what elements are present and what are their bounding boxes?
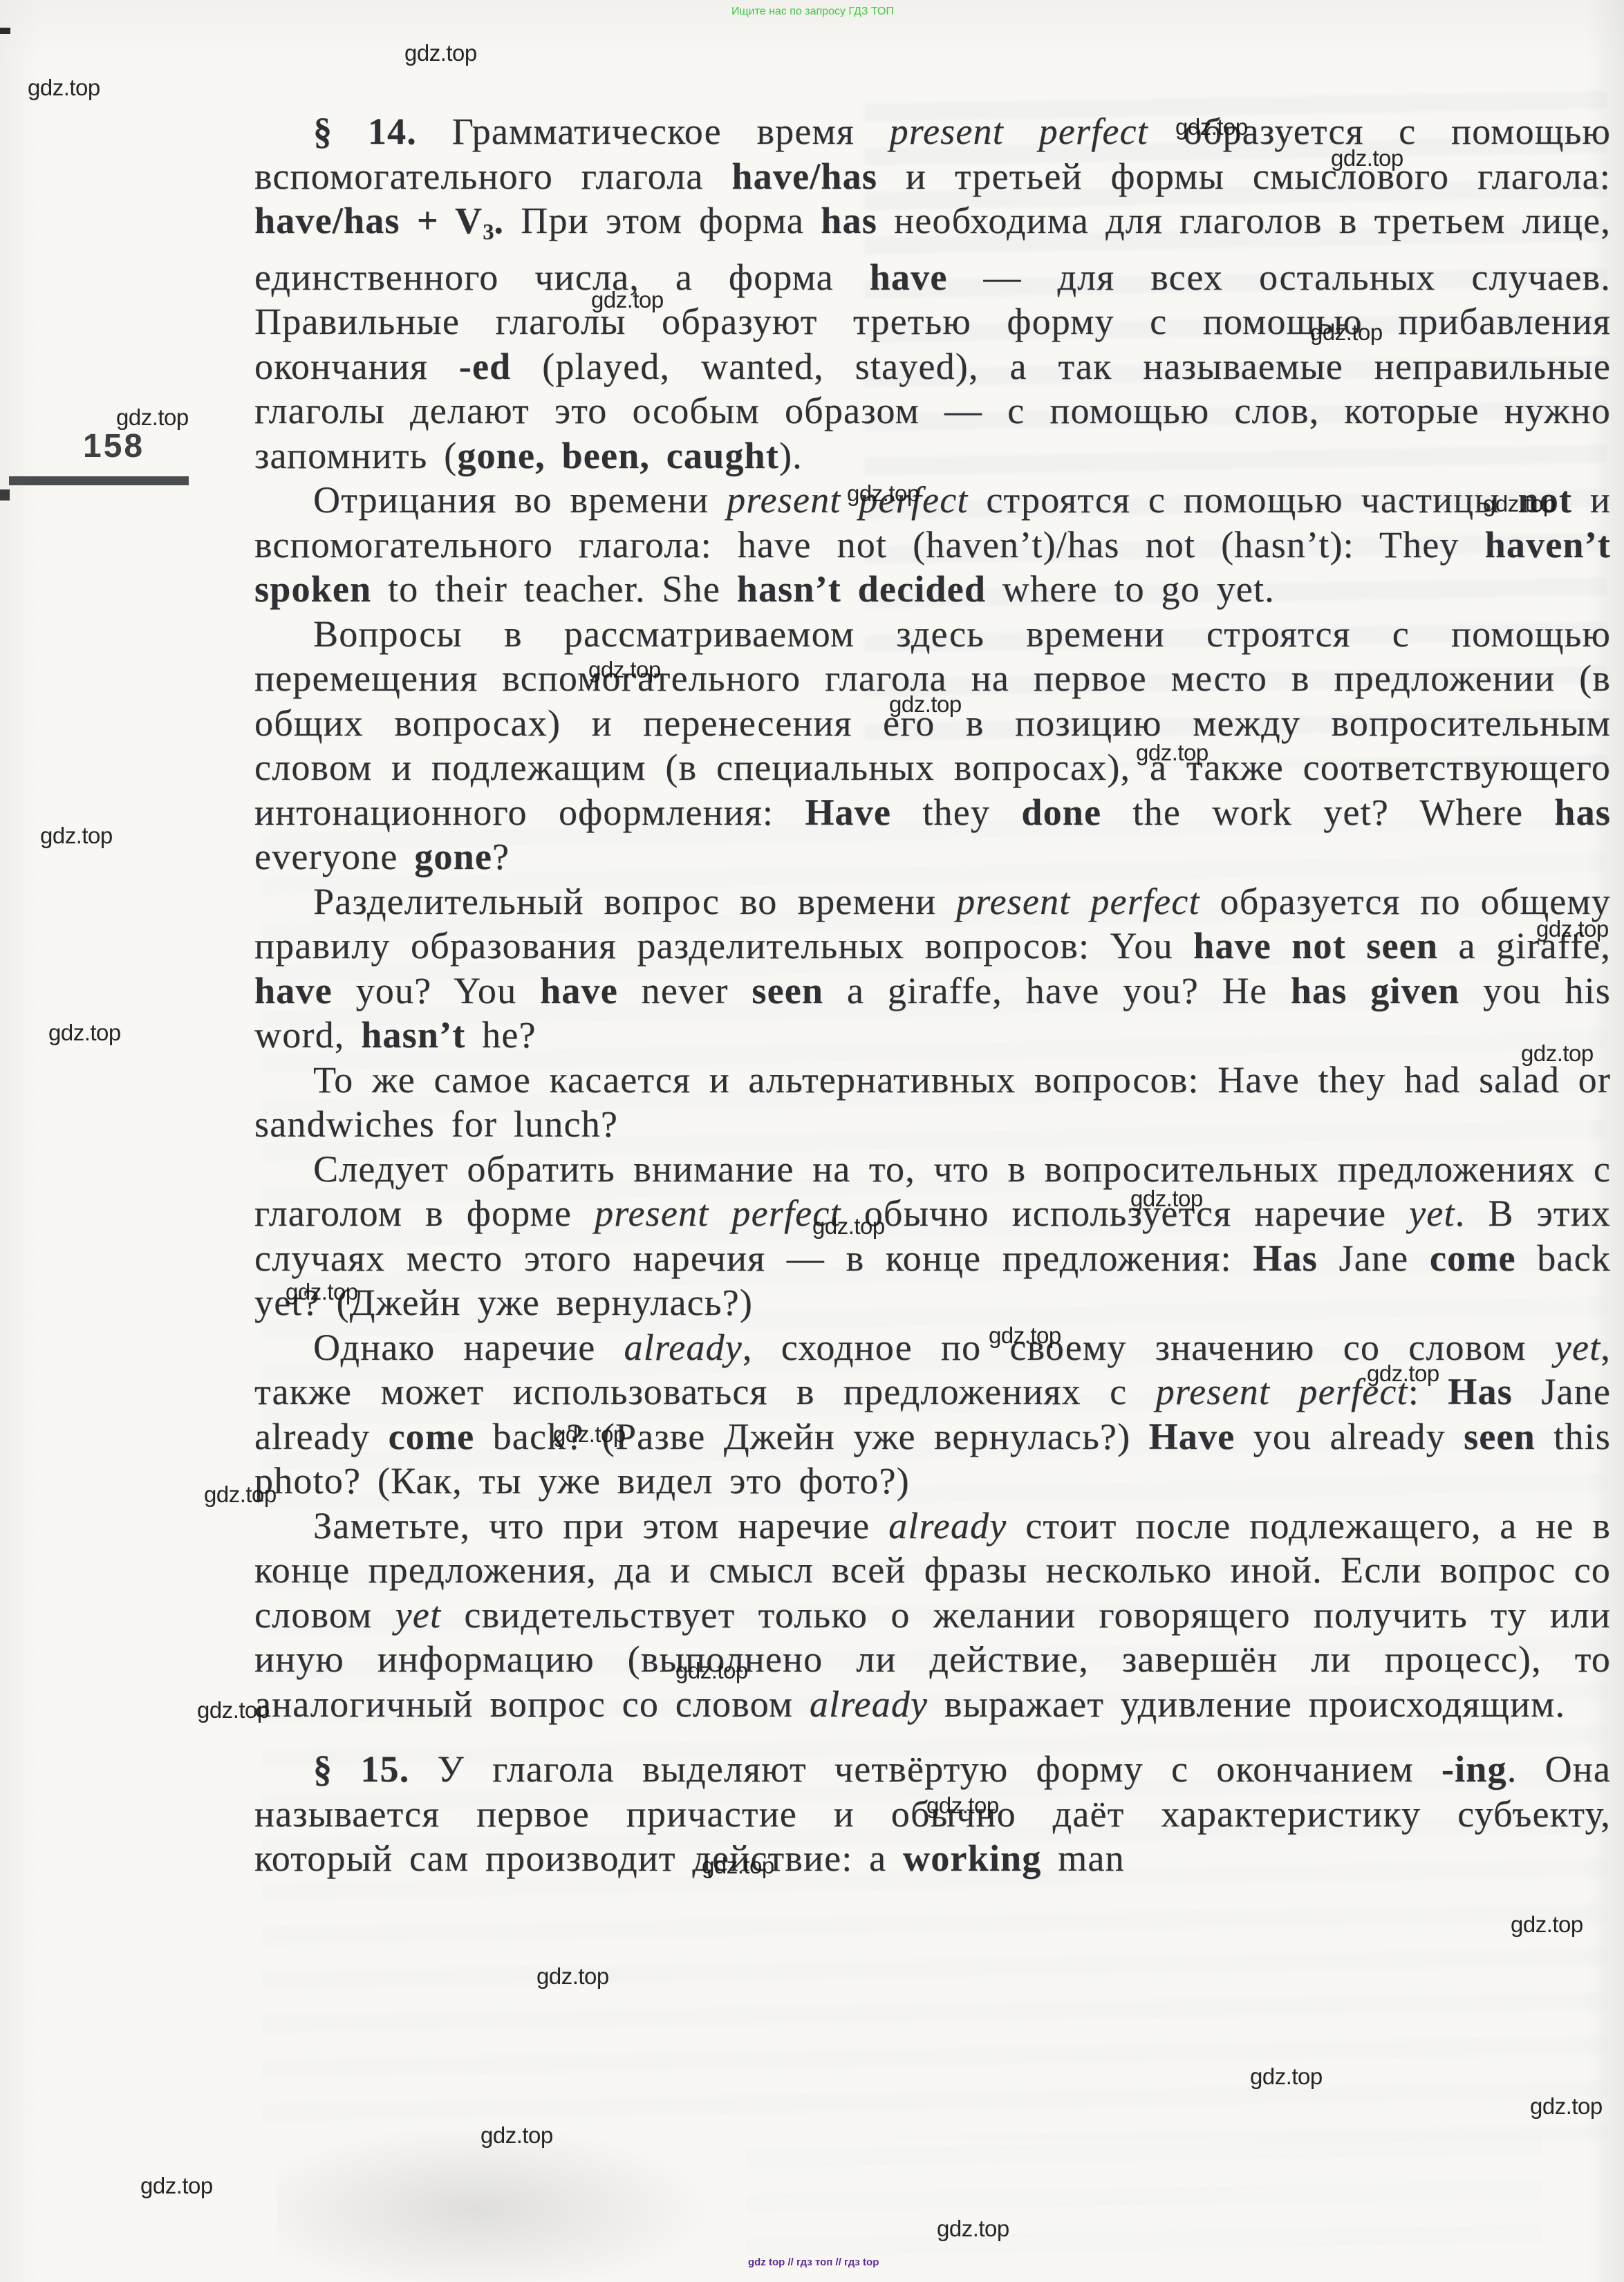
- text-run: have: [540, 970, 618, 1011]
- text-run: То же самое касается и альтернативных во…: [254, 1059, 1611, 1145]
- paragraph-14-formation: § 14. Грамматическое время present perfe…: [254, 109, 1611, 478]
- text-run: gone: [414, 836, 492, 877]
- text-run: -ed: [459, 346, 512, 387]
- text-run: Заметьте, что при этом наречие: [313, 1505, 888, 1546]
- text-run: При этом форма: [504, 200, 821, 241]
- text-run: seen: [752, 970, 823, 1011]
- text-run: gone, been, caught: [457, 435, 779, 476]
- text-run: ).: [779, 435, 803, 476]
- scanned-textbook-page: Ищите нас по запросу ГДЗ ТОП 158 § 14. Г…: [0, 0, 1624, 2282]
- text-run: man: [1041, 1837, 1124, 1879]
- gdz-watermark: gdz.top: [1511, 1911, 1583, 1938]
- text-run: , сходное по своему значению со словом: [743, 1327, 1555, 1368]
- text-run: Has: [1253, 1237, 1318, 1279]
- text-run: he?: [465, 1014, 536, 1056]
- paragraph-14-alternative: То же самое касается и альтернативных во…: [254, 1058, 1611, 1147]
- text-run: done: [1021, 792, 1101, 833]
- gdz-watermark: gdz.top: [40, 823, 113, 849]
- bleedthrough-texture: [747, 2136, 1542, 2261]
- text-run: present perfect: [890, 111, 1148, 152]
- text-run: already: [624, 1327, 743, 1368]
- text-run: Have: [805, 792, 891, 833]
- text-run: have: [254, 970, 333, 1011]
- page-number: 158: [83, 427, 144, 465]
- text-run: yet: [1409, 1193, 1455, 1234]
- gdz-watermark: gdz.top: [28, 75, 100, 101]
- paragraph-14-already-vs-yet: Заметьте, что при этом наречие already с…: [254, 1504, 1611, 1727]
- text-run: .: [494, 200, 504, 241]
- text-run: come: [1430, 1237, 1516, 1279]
- gdz-watermark: gdz.top: [48, 1020, 121, 1046]
- gdz-watermark: gdz.top: [536, 1963, 609, 1990]
- text-run: Jane: [1318, 1237, 1430, 1279]
- scan-shadow-blob: [277, 2122, 719, 2281]
- text-run: present perfect: [956, 881, 1200, 922]
- text-run: present perfect: [1156, 1371, 1408, 1412]
- paragraph-14-questions: Вопросы в рассматриваемом здесь времени …: [254, 612, 1611, 879]
- text-run: you? You: [333, 970, 540, 1011]
- text-run: a giraffe,: [1438, 925, 1611, 966]
- text-run: present perfect: [727, 479, 968, 521]
- gdz-watermark: gdz.top: [1530, 2093, 1603, 2120]
- page-number-underline: [9, 476, 189, 485]
- text-run: 3: [483, 220, 494, 245]
- text-run: -ing: [1441, 1748, 1507, 1790]
- text-run: come: [389, 1416, 475, 1457]
- text-run: выражает удивление происходящим.: [928, 1683, 1565, 1725]
- text-run: обычно используется наречие: [841, 1193, 1409, 1234]
- paragraph-15-ing-form: § 15. У глагола выделяют четвёртую форму…: [254, 1747, 1611, 1881]
- text-run: have not seen: [1193, 925, 1438, 966]
- text-run: seen: [1464, 1416, 1536, 1457]
- paragraph-14-already: Однако наречие already, сходное по своем…: [254, 1325, 1611, 1504]
- text-run: yet: [395, 1594, 442, 1636]
- text-run: to their teacher. She: [371, 568, 736, 610]
- text-run: и третьей формы смыслового глагола:: [877, 156, 1611, 197]
- text-run: Грамматическое время: [417, 111, 890, 152]
- text-run: ?: [492, 836, 510, 877]
- text-run: have/has + V: [254, 200, 483, 241]
- text-run: строятся с помощью частицы: [969, 479, 1518, 521]
- gdz-watermark: gdz.top: [1250, 2064, 1323, 2090]
- text-run: Отрицания во времени: [313, 479, 727, 521]
- text-run: everyone: [254, 836, 414, 877]
- page-edge-mark: [0, 489, 10, 501]
- promo-banner-top: Ищите нас по запросу ГДЗ ТОП: [731, 6, 911, 18]
- text-run: § 14.: [313, 111, 417, 152]
- text-run: У глагола выделяют четвёртую форму с око…: [409, 1748, 1441, 1790]
- text-run: a giraffe, have you? He: [823, 970, 1291, 1011]
- text-run: already: [888, 1505, 1007, 1546]
- text-run: back? (Разве Джейн уже вернулась?): [474, 1416, 1148, 1457]
- text-run: has: [1554, 792, 1611, 833]
- text-run: you already: [1235, 1416, 1464, 1457]
- text-run: present perfect: [595, 1193, 841, 1234]
- text-run: they: [891, 792, 1021, 833]
- gdz-watermark: gdz.top: [480, 2122, 553, 2149]
- text-run: the work yet? Where: [1101, 792, 1554, 833]
- text-run: has: [821, 200, 877, 241]
- gdz-watermark: gdz.top: [404, 40, 477, 66]
- text-run: have/has: [731, 156, 877, 197]
- paragraph-14-tag-questions: Разделительный вопрос во времени present…: [254, 879, 1611, 1058]
- gdz-watermark: gdz.top: [937, 2216, 1009, 2242]
- paragraph-14-negation: Отрицания во времени present perfect стр…: [254, 478, 1611, 612]
- text-run: never: [618, 970, 752, 1011]
- page-edge-mark: [0, 28, 10, 34]
- text-run: yet: [1555, 1327, 1601, 1368]
- text-run: hasn’t decided: [737, 568, 986, 610]
- text-run: hasn’t: [361, 1014, 465, 1056]
- text-run: working: [903, 1837, 1041, 1879]
- text-run: Разделительный вопрос во времени: [313, 881, 956, 922]
- gdz-watermark: gdz.top: [140, 2173, 213, 2199]
- text-run: has given: [1291, 970, 1459, 1011]
- promo-banner-bottom: gdz top // гдз топ // гдз top: [748, 2256, 879, 2268]
- page-text-content: § 14. Грамматическое время present perfe…: [254, 109, 1611, 1881]
- text-run: have: [870, 256, 948, 298]
- text-run: where to go yet.: [986, 568, 1275, 610]
- text-run: Has: [1448, 1371, 1513, 1412]
- text-run: § 15.: [313, 1748, 409, 1790]
- text-run: Have: [1149, 1416, 1235, 1457]
- text-run: not: [1518, 479, 1572, 521]
- text-run: Однако наречие: [313, 1327, 624, 1368]
- text-run: already: [810, 1683, 928, 1725]
- paragraph-14-yet: Следует обратить внимание на то, что в в…: [254, 1147, 1611, 1325]
- text-run: :: [1408, 1371, 1448, 1412]
